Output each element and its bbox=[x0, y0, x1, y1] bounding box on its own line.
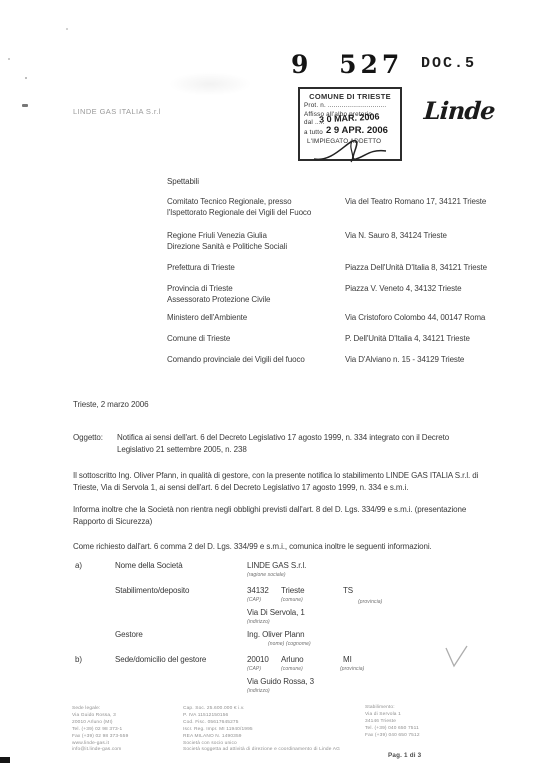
plant-address-value: Via Di Servola, 1 bbox=[247, 608, 305, 617]
plant-comune-value: Trieste bbox=[281, 586, 304, 595]
domicile-address-caption: (indirizzo) bbox=[247, 688, 270, 694]
scan-artifact bbox=[8, 58, 10, 60]
recipient-name: Comando provinciale dei Vigili del fuoco bbox=[167, 354, 345, 365]
recipients-heading: Spettabili bbox=[167, 177, 199, 186]
domicile-comune-value: Arluno bbox=[281, 655, 304, 664]
plant-cap-value: 34132 bbox=[247, 586, 269, 595]
stamp-title: COMUNE DI TRIESTE bbox=[300, 92, 400, 101]
domicile-comune-caption: (comune) bbox=[281, 666, 303, 672]
linde-logo: Linde bbox=[423, 96, 496, 125]
recipient-address: P. Dell'Unità D'Italia 4, 34121 Trieste bbox=[345, 333, 540, 344]
company-name-value: LINDE GAS S.r.l. bbox=[247, 561, 306, 570]
plant-label: Stabilimento/deposito bbox=[115, 586, 189, 595]
field-b-letter: b) bbox=[75, 655, 82, 664]
manager-value: Ing. Oliver Plann bbox=[247, 630, 304, 639]
scan-artifact bbox=[25, 77, 27, 79]
recipient-address: Via N. Sauro 8, 34124 Trieste bbox=[345, 230, 540, 241]
plant-provincia-value: TS bbox=[343, 586, 353, 595]
body-paragraph-3: Come richiesto dall'art. 6 comma 2 del D… bbox=[73, 541, 538, 553]
recipient-name: Regione Friuli Venezia Giulia Direzione … bbox=[167, 230, 345, 252]
recipient-name: Ministero dell'Ambiente bbox=[167, 312, 345, 323]
scan-artifact bbox=[22, 104, 28, 107]
scan-smudge bbox=[168, 72, 252, 96]
domicile-address-value: Via Guido Rossa, 3 bbox=[247, 677, 314, 686]
domicile-provincia-caption: (provincia) bbox=[340, 666, 364, 672]
company-name-label: Nome della Società bbox=[115, 561, 183, 570]
company-name-caption: (ragione sociale) bbox=[247, 572, 286, 578]
recipient-name: Comune di Trieste bbox=[167, 333, 345, 344]
clerk-signature-scribble bbox=[310, 135, 392, 165]
plant-address-caption: (indirizzo) bbox=[247, 619, 270, 625]
plant-provincia-caption: (provincia) bbox=[358, 599, 382, 605]
recipient-address: Piazza Dell'Unità D'Italia 8, 34121 Trie… bbox=[345, 262, 540, 273]
stamp-dal-date: 3 0 MAR. 2006 bbox=[319, 111, 380, 124]
handwritten-checkmark bbox=[443, 645, 471, 669]
subject-label: Oggetto: bbox=[73, 432, 103, 444]
body-paragraph-1: Il sottoscritto Ing. Oliver Pfann, in qu… bbox=[73, 470, 538, 493]
protocol-stamp-number: 9 527 bbox=[291, 50, 403, 79]
scan-artifact bbox=[66, 28, 68, 30]
recipient-name: Provincia di Trieste Assessorato Protezi… bbox=[167, 283, 345, 305]
manager-caption: (nome) (cognome) bbox=[268, 641, 311, 647]
footer-legal-address: Sede legale: Via Guido Rossa, 3 20010 Ar… bbox=[72, 706, 177, 754]
stamp-prot-line: Prot. n. .............................. bbox=[304, 102, 386, 109]
domicile-cap-caption: (CAP) bbox=[247, 666, 261, 672]
recipient-name: Comitato Tecnico Regionale, presso l'Isp… bbox=[167, 196, 345, 218]
plant-cap-caption: (CAP) bbox=[247, 597, 261, 603]
recipient-address: Via del Teatro Romano 17, 34121 Trieste bbox=[345, 196, 540, 207]
page-number: Pag. 1 di 3 bbox=[388, 752, 421, 759]
registry-stamp: COMUNE DI TRIESTE Prot. n. .............… bbox=[298, 87, 402, 161]
domicile-provincia-value: MI bbox=[343, 655, 352, 664]
scan-corner-mark bbox=[0, 757, 10, 763]
field-a-letter: a) bbox=[75, 561, 82, 570]
subject-text: Notifica ai sensi dell'art. 6 del Decret… bbox=[117, 432, 537, 455]
plant-comune-caption: (comune) bbox=[281, 597, 303, 603]
manager-label: Gestore bbox=[115, 630, 143, 639]
recipient-name: Prefettura di Trieste bbox=[167, 262, 345, 273]
footer-plant-address: Stabilimento: Via di Servola 1 34146 Tri… bbox=[365, 705, 475, 740]
body-paragraph-2: Informa inoltre che la Società non rient… bbox=[73, 504, 538, 527]
recipient-address: Via Cristoforo Colombo 44, 00147 Roma bbox=[345, 312, 540, 323]
scanned-letter-page: 9 527 DOC.5 LINDE GAS ITALIA S.r.l Linde… bbox=[0, 0, 543, 768]
recipient-address: Via D'Alviano n. 15 - 34129 Trieste bbox=[345, 354, 540, 365]
domicile-cap-value: 20010 bbox=[247, 655, 269, 664]
manager-domicile-label: Sede/domicilio del gestore bbox=[115, 655, 206, 664]
dateline: Trieste, 2 marzo 2006 bbox=[73, 399, 148, 411]
recipient-address: Piazza V. Veneto 4, 34132 Trieste bbox=[345, 283, 540, 294]
doc-label: DOC.5 bbox=[421, 55, 476, 72]
sender-name: LINDE GAS ITALIA S.r.l bbox=[73, 107, 161, 116]
